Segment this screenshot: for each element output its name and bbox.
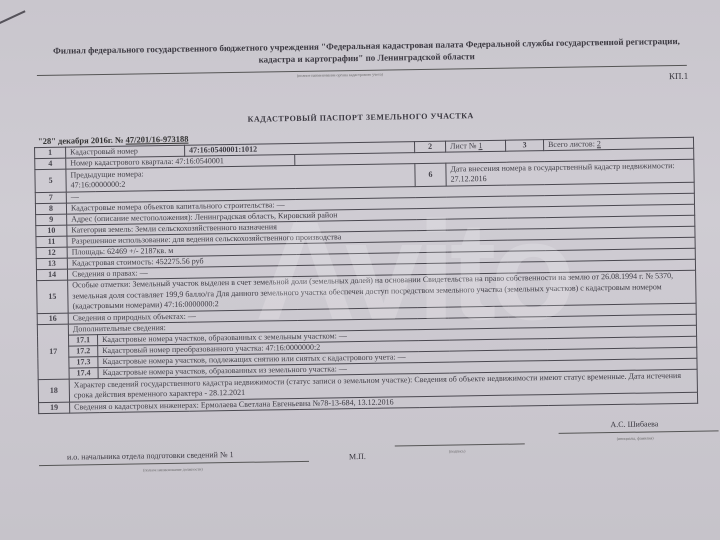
name-line <box>559 430 719 434</box>
organization-caption: (полное наименование органа кадастрового… <box>297 72 383 78</box>
signature-line <box>395 443 525 446</box>
date-month-year: декабря 2016г. <box>58 135 113 146</box>
signature-caption: (подпись) <box>449 448 466 453</box>
document-title: КАДАСТРОВЫЙ ПАСПОРТ ЗЕМЕЛЬНОГО УЧАСТКА <box>248 111 474 124</box>
document-page: Филиал федерального государственного бюд… <box>0 0 720 540</box>
land-category: Земли сельскохозяйственного назначения <box>135 222 277 233</box>
sheet-number: 1 <box>478 141 482 150</box>
date-day: "28" <box>38 136 56 146</box>
address-value: Ленинградская область, Кировский район <box>195 210 338 221</box>
quarter-number: 47:16:0540001 <box>175 156 224 166</box>
stamp-label: М.П. <box>349 452 366 461</box>
signer-position: и.о. начальника отдела подготовки сведен… <box>67 450 234 462</box>
position-caption: (полное наименование должности) <box>143 466 203 472</box>
organization-header: Филиал федерального государственного бюд… <box>36 35 696 69</box>
name-caption: (инициалы, фамилия) <box>617 435 654 441</box>
pen-stroke <box>0 10 26 25</box>
cadastral-value: 452275.56 руб <box>156 256 204 266</box>
total-sheets: 2 <box>597 139 601 148</box>
permitted-use: для ведения сельскохозяйственного произв… <box>172 232 341 244</box>
document-number: 47/201/16-973188 <box>126 134 189 145</box>
cadastral-table: 1 Кадастровый номер 47:16:0540001:1012 2… <box>34 137 698 414</box>
form-code: КП.1 <box>669 71 688 81</box>
position-line <box>39 461 309 466</box>
number-label: № <box>115 135 124 145</box>
area-value: 62469 +/- 2187кв. м <box>107 246 173 256</box>
cadastral-engineer: Ермолаева Светлана Евгеньевна №78-13-684… <box>201 397 394 409</box>
signer-name: А.С. Шибаева <box>610 419 658 429</box>
